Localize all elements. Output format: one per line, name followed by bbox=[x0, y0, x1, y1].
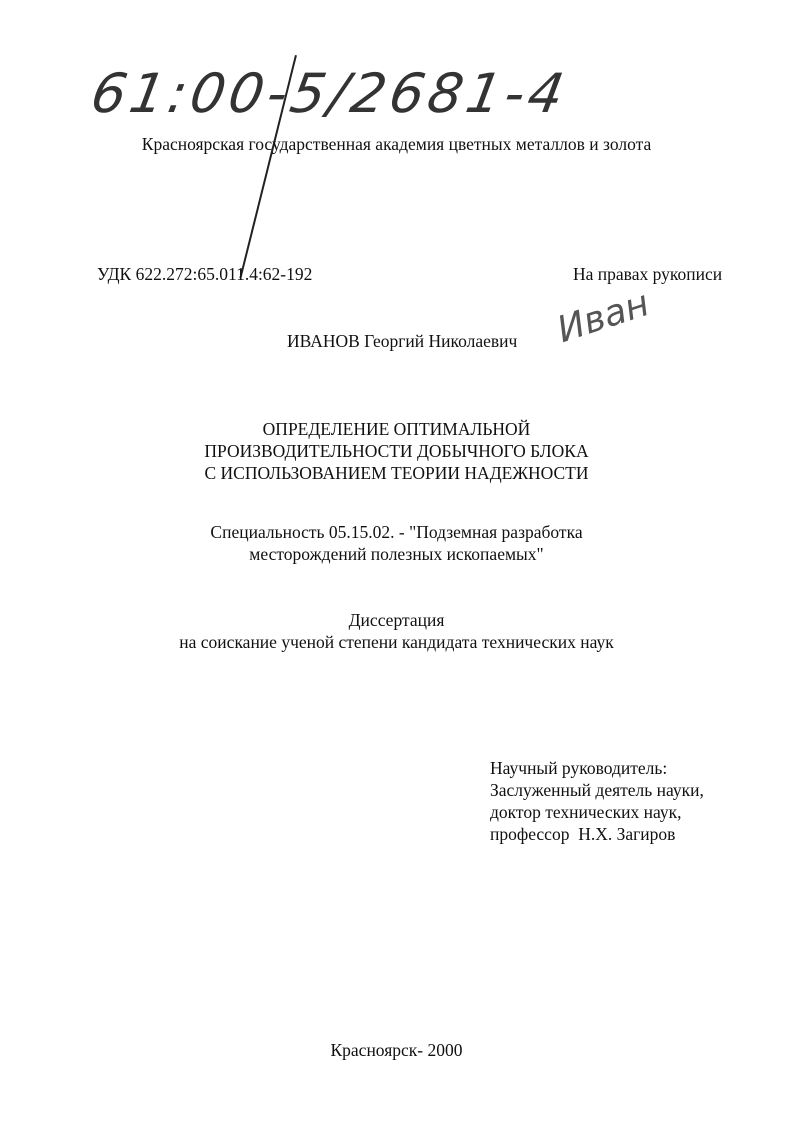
handwritten-archive-code: 61:00-5/2681-4 bbox=[86, 62, 572, 125]
author-name: ИВАНОВ Георгий Николаевич bbox=[287, 331, 517, 352]
advisor-line: Научный руководитель: bbox=[490, 757, 704, 779]
dissertation-type: Диссертация на соискание ученой степени … bbox=[0, 609, 793, 653]
city-year: Красноярск- 2000 bbox=[0, 1040, 793, 1061]
specialty-line: месторождений полезных ископаемых" bbox=[0, 543, 793, 565]
specialty: Специальность 05.15.02. - "Подземная раз… bbox=[0, 521, 793, 565]
dissertation-line: Диссертация bbox=[0, 609, 793, 631]
handwritten-signature: Иван bbox=[552, 283, 654, 351]
title-line: ОПРЕДЕЛЕНИЕ ОПТИМАЛЬНОЙ bbox=[0, 418, 793, 440]
udk-code: УДК 622.272:65.011.4:62-192 bbox=[97, 264, 312, 285]
dissertation-line: на соискание ученой степени кандидата те… bbox=[0, 631, 793, 653]
title-line: С ИСПОЛЬЗОВАНИЕМ ТЕОРИИ НАДЕЖНОСТИ bbox=[0, 462, 793, 484]
manuscript-rights: На правах рукописи bbox=[573, 264, 722, 285]
dissertation-title: ОПРЕДЕЛЕНИЕ ОПТИМАЛЬНОЙ ПРОИЗВОДИТЕЛЬНОС… bbox=[0, 418, 793, 484]
title-line: ПРОИЗВОДИТЕЛЬНОСТИ ДОБЫЧНОГО БЛОКА bbox=[0, 440, 793, 462]
institution-name: Красноярская государственная академия цв… bbox=[0, 134, 793, 155]
scientific-advisor: Научный руководитель: Заслуженный деятел… bbox=[490, 757, 704, 845]
advisor-line: доктор технических наук, bbox=[490, 801, 704, 823]
specialty-line: Специальность 05.15.02. - "Подземная раз… bbox=[0, 521, 793, 543]
advisor-line: профессор Н.Х. Загиров bbox=[490, 823, 704, 845]
advisor-line: Заслуженный деятель науки, bbox=[490, 779, 704, 801]
